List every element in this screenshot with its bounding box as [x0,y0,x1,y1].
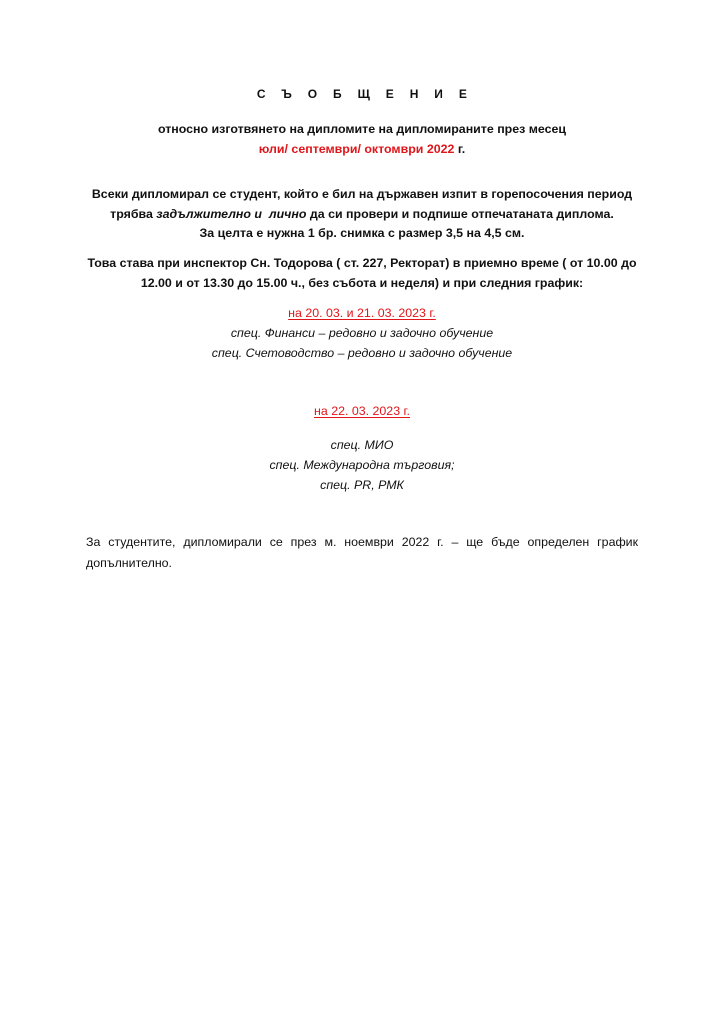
document-page: С Ъ О Б Щ Е Н И Е относно изготвянето на… [0,0,724,1024]
schedule-block-2: на 22. 03. 2023 г. спец. МИО спец. Между… [0,401,724,495]
reception-line-1: Това става при инспектор Сн. Тодорова ( … [60,254,664,274]
instructions-line-2: трябва задължително и лично да си провер… [60,205,664,225]
instructions-line-1: Всеки дипломирал се студент, който е бил… [60,185,664,205]
schedule-item: спец. Финанси – редовно и задочно обучен… [0,323,724,343]
schedule-item: спец. Международна търговия; [0,455,724,475]
note-line-1: За студентите, дипломирали се през м. но… [86,532,638,553]
instructions-line-2-suffix: да си провери и подпише отпечатаната дип… [306,207,613,221]
instructions-emphasis: задължително и лично [156,207,306,221]
schedule-date-2: на 22. 03. 2023 г. [314,404,410,418]
instructions-paragraph: Всеки дипломирал се студент, който е бил… [60,185,664,244]
document-subtitle: относно изготвянето на дипломите на дипл… [0,119,724,159]
subtitle-suffix: г. [454,142,465,156]
instructions-line-3: За целта е нужна 1 бр. снимка с размер 3… [60,224,664,244]
schedule-date-1: на 20. 03. и 21. 03. 2023 г. [288,306,436,320]
note-line-2: допълнително. [86,556,172,570]
schedule-item: спец. Счетоводство – редовно и задочно о… [0,343,724,363]
instructions-line-2-prefix: трябва [110,207,156,221]
schedule-item: спец. PR, РМК [0,475,724,495]
subtitle-period: юли/ септември/ октомври 2022 [259,142,455,156]
schedule-item: спец. МИО [0,435,724,455]
november-note: За студентите, дипломирали се през м. но… [86,532,638,574]
subtitle-line-1: относно изготвянето на дипломите на дипл… [0,119,724,139]
schedule-block-1: на 20. 03. и 21. 03. 2023 г. спец. Финан… [0,303,724,363]
document-title: С Ъ О Б Щ Е Н И Е [0,87,724,101]
subtitle-line-2: юли/ септември/ октомври 2022 г. [0,139,724,159]
reception-line-2: 12.00 и от 13.30 до 15.00 ч., без събота… [60,274,664,294]
reception-paragraph: Това става при инспектор Сн. Тодорова ( … [60,254,664,293]
